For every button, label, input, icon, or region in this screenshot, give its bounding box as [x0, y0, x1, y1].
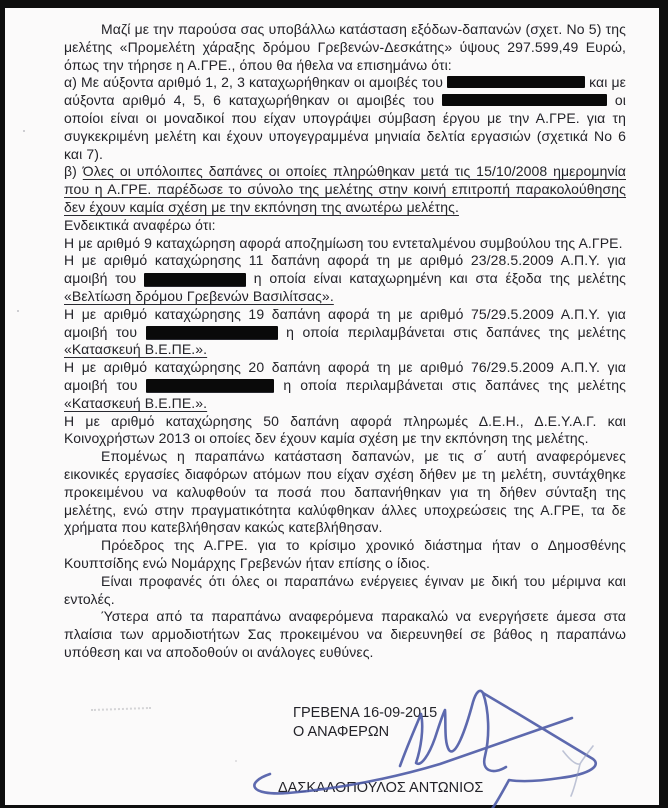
- paragraph: Ενδεικτικά αναφέρω ότι:: [64, 217, 626, 235]
- paragraph: Επομένως η παραπάνω κατάσταση δαπανών, μ…: [64, 448, 626, 537]
- text-segment: Είναι προφανές ότι όλες οι παραπάνω ενέρ…: [64, 573, 626, 607]
- scan-speck: [235, 760, 237, 762]
- stray-pen-mark-icon: [557, 743, 602, 803]
- text-segment: α) Με αύξοντα αριθμό 1, 2, 3 καταχωρήθηκ…: [64, 74, 447, 90]
- text-segment: β): [64, 163, 83, 179]
- scanned-page: Μαζί με την παρούσα σας υποβάλλω κατάστα…: [5, 8, 659, 805]
- text-segment: Πρόεδρος της Α.ΓΡΕ. για το κρίσιμο χρονι…: [64, 537, 626, 571]
- redacted-name: [146, 379, 274, 393]
- pencil-dots-artifact: [91, 707, 151, 714]
- paragraph: α) Με αύξοντα αριθμό 1, 2, 3 καταχωρήθηκ…: [64, 74, 626, 163]
- paragraph: Η με αριθμό 9 καταχώρηση αφορά αποζημίωσ…: [64, 235, 626, 253]
- scan-speck: [23, 130, 25, 132]
- redacted-name: [146, 326, 278, 340]
- closing-block: ΓΡΕΒΕΝΑ 16-09-2015 Ο ΑΝΑΦΕΡΩΝ: [293, 704, 437, 741]
- place-date: ΓΡΕΒΕΝΑ 16-09-2015: [293, 704, 437, 723]
- redacted-name: [144, 273, 246, 287]
- text-segment: Η με αριθμό 9 καταχώρηση αφορά αποζημίωσ…: [64, 235, 623, 251]
- text-segment: Ύστερα από τα παραπάνω αναφερόμενα παρακ…: [64, 608, 626, 660]
- paragraph: Η με αριθμό καταχώρησης 19 δαπάνη αφορά …: [64, 306, 626, 359]
- paragraph: Μαζί με την παρούσα σας υποβάλλω κατάστα…: [64, 21, 626, 74]
- scan-speck: [17, 310, 19, 312]
- reporter-label: Ο ΑΝΑΦΕΡΩΝ: [293, 723, 437, 742]
- paragraph: Ύστερα από τα παραπάνω αναφερόμενα παρακ…: [64, 608, 626, 661]
- paragraph: β) Όλες οι υπόλοιπες δαπάνες οι οποίες π…: [64, 163, 626, 216]
- text-segment: Ενδεικτικά αναφέρω ότι:: [64, 217, 216, 233]
- text-segment: η οποία περιλαμβάνεται στις δαπάνες της …: [278, 324, 626, 340]
- paragraph: Είναι προφανές ότι όλες οι παραπάνω ενέρ…: [64, 573, 626, 609]
- text-segment: «Κατασκευή Β.Ε.ΠΕ.».: [64, 395, 207, 411]
- redacted-name: [447, 76, 585, 88]
- paragraph: Η με αριθμό καταχώρησης 11 δαπάνη αφορά …: [64, 252, 626, 305]
- text-segment: Η με αριθμό καταχώρησης 50 δαπάνη αφορά …: [64, 413, 626, 447]
- paragraph: Η με αριθμό καταχώρησης 50 δαπάνη αφορά …: [64, 413, 626, 449]
- text-segment: η οποία περιλαμβάνεται στις δαπάνες της …: [274, 377, 626, 393]
- redacted-name: [442, 94, 607, 106]
- text-segment: Όλες οι υπόλοιπες δαπάνες οι οποίες πληρ…: [64, 163, 626, 215]
- text-segment: Επομένως η παραπάνω κατάσταση δαπανών, μ…: [64, 448, 626, 535]
- text-segment: «Κατασκευή Β.Ε.ΠΕ.».: [64, 341, 207, 357]
- scanned-document-screenshot: { "page": { "paper_color": "#fbfafa", "s…: [0, 0, 668, 808]
- signer-name: ΔΑΣΚΑΛΟΠΟΥΛΟΣ ΑΝΤΩΝΙΟΣ: [278, 780, 483, 796]
- text-segment: Μαζί με την παρούσα σας υποβάλλω κατάστα…: [64, 21, 626, 73]
- paragraph: Η με αριθμό καταχώρησης 20 δαπάνη αφορά …: [64, 359, 626, 412]
- text-segment: η οποία είναι καταχωρημένη και στα έξοδα…: [246, 270, 626, 286]
- document-body: Μαζί με την παρούσα σας υποβάλλω κατάστα…: [64, 21, 626, 662]
- paragraph: Πρόεδρος της Α.ΓΡΕ. για το κρίσιμο χρονι…: [64, 537, 626, 573]
- text-segment: «Βελτίωση δρόμου Γρεβενών Βασιλίτσας».: [64, 288, 334, 304]
